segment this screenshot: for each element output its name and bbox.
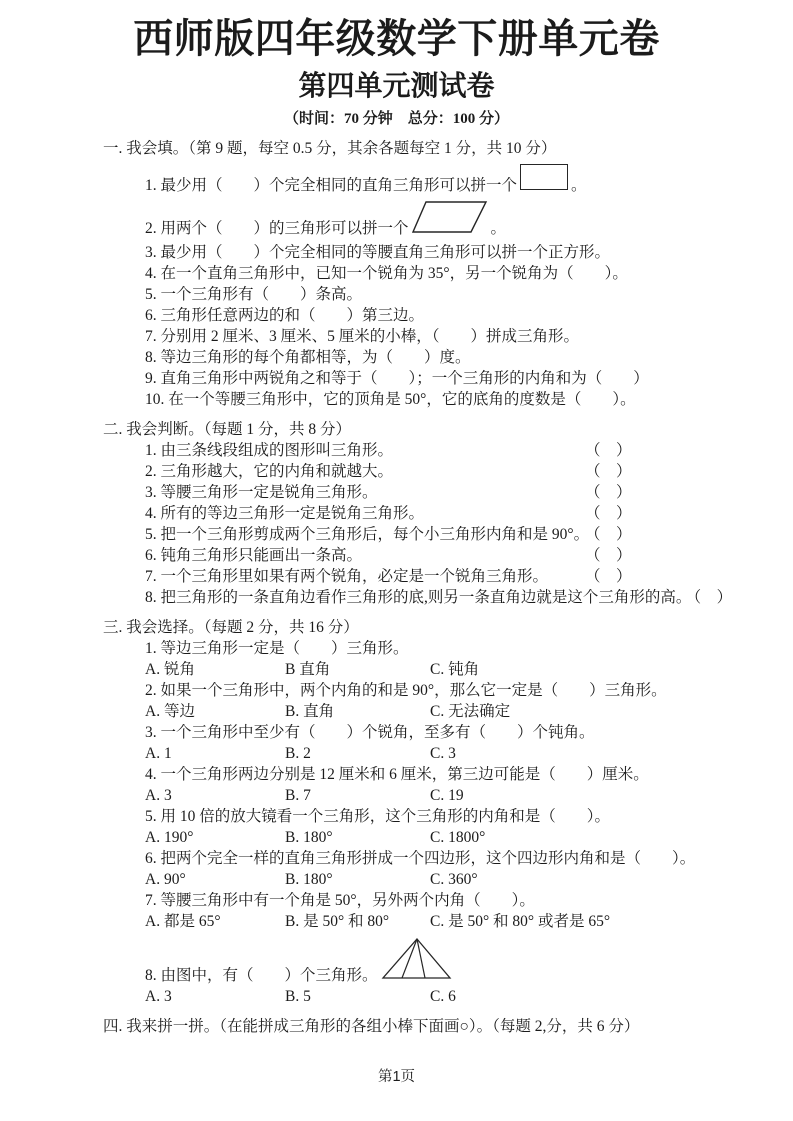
fill-item: 10. 在一个等腰三角形中，它的顶角是 50°，它的底角的度数是（ ）。 bbox=[145, 389, 765, 410]
fill-item-2-period: 。 bbox=[491, 220, 507, 237]
choice-option: A. 都是 65° bbox=[145, 911, 285, 932]
fill-item: 4. 在一个直角三角形中，已知一个锐角为 35°，另一个锐角为（ ）。 bbox=[145, 263, 765, 284]
judge-item-text: 7. 一个三角形里如果有两个锐角，必定是一个锐角三角形。 bbox=[145, 568, 548, 585]
choice-option: B 直角 bbox=[285, 659, 430, 680]
choice-option: A. 190° bbox=[145, 827, 285, 848]
section-multiple-choice: 三. 我会选择。（每题 2 分，共 16 分） 1. 等边三角形一定是（ ）三角… bbox=[103, 617, 765, 1007]
judge-answer-blank: （ ） bbox=[585, 461, 632, 482]
page-title: 西师版四年级数学下册单元卷 bbox=[0, 0, 793, 62]
judge-items-list: 1. 由三条线段组成的图形叫三角形。（ ）2. 三角形越大，它的内角和就越大。（… bbox=[103, 440, 765, 608]
judge-item: 4. 所有的等边三角形一定是锐角三角形。（ ） bbox=[145, 503, 765, 524]
fill-item: 6. 三角形任意两边的和（ ）第三边。 bbox=[145, 305, 765, 326]
section1-heading: 一. 我会填。（第 9 题，每空 0.5 分，其余各题每空 1 分，共 10 分… bbox=[103, 138, 765, 159]
choice-questions-list: 1. 等边三角形一定是（ ）三角形。A. 锐角B 直角C. 钝角2. 如果一个三… bbox=[103, 638, 765, 932]
fill-item: 3. 最少用（ ）个完全相同的等腰直角三角形可以拼一个正方形。 bbox=[145, 242, 765, 263]
choice-question-8-text: 8. 由图中，有（ ）个三角形。 bbox=[145, 967, 378, 984]
judge-answer-blank: （ ） bbox=[585, 545, 632, 566]
choice-option: C. 是 50° 和 80° 或者是 65° bbox=[430, 911, 765, 932]
choice-option: A. 等边 bbox=[145, 701, 285, 722]
choice-option: A. 锐角 bbox=[145, 659, 285, 680]
judge-item: 8. 把三角形的一条直角边看作三角形的底,则另一条直角边就是这个三角形的高。（ … bbox=[145, 587, 765, 608]
choice-options-row: A. 3B. 7C. 19 bbox=[145, 785, 765, 806]
section4-heading: 四. 我来拼一拼。（在能拼成三角形的各组小棒下面画○）。（每题 2,分，共 6 … bbox=[103, 1016, 765, 1037]
choice-option: C. 1800° bbox=[430, 827, 765, 848]
choice-question-text: 5. 用 10 倍的放大镜看一个三角形，这个三角形的内角和是（ ）。 bbox=[145, 806, 765, 827]
fill-item: 5. 一个三角形有（ ）条高。 bbox=[145, 284, 765, 305]
section2-heading: 二. 我会判断。（每题 1 分，共 8 分） bbox=[103, 419, 765, 440]
fill-items-list: 3. 最少用（ ）个完全相同的等腰直角三角形可以拼一个正方形。4. 在一个直角三… bbox=[103, 242, 765, 410]
triangle-figure bbox=[381, 936, 453, 980]
parallelogram-shape bbox=[412, 201, 488, 233]
choice-option: C. 无法确定 bbox=[430, 701, 765, 722]
section-sticks: 四. 我来拼一拼。（在能拼成三角形的各组小棒下面画○）。（每题 2,分，共 6 … bbox=[103, 1016, 765, 1037]
choice-question-text: 1. 等边三角形一定是（ ）三角形。 bbox=[145, 638, 765, 659]
choice-question-text: 7. 等腰三角形中有一个角是 50°，另外两个内角（ ）。 bbox=[145, 890, 765, 911]
judge-item-text: 2. 三角形越大，它的内角和就越大。 bbox=[145, 463, 393, 480]
judge-answer-blank: （ ） bbox=[585, 482, 632, 503]
choice-option: B. 5 bbox=[285, 986, 430, 1007]
choice-option: A. 3 bbox=[145, 986, 285, 1007]
judge-item: 7. 一个三角形里如果有两个锐角，必定是一个锐角三角形。（ ） bbox=[145, 566, 765, 587]
judge-item: 2. 三角形越大，它的内角和就越大。（ ） bbox=[145, 461, 765, 482]
fill-item-1: 1. 最少用（ ）个完全相同的直角三角形可以拼一个。 bbox=[145, 164, 765, 196]
judge-answer-blank: （ ） bbox=[585, 440, 632, 461]
judge-item: 1. 由三条线段组成的图形叫三角形。（ ） bbox=[145, 440, 765, 461]
choice-option: C. 钝角 bbox=[430, 659, 765, 680]
rectangle-shape bbox=[520, 164, 568, 190]
choice-option: C. 360° bbox=[430, 869, 765, 890]
fill-item-1-text: 1. 最少用（ ）个完全相同的直角三角形可以拼一个 bbox=[145, 177, 517, 194]
choice-options-row: A. 都是 65°B. 是 50° 和 80°C. 是 50° 和 80° 或者… bbox=[145, 911, 765, 932]
choice-question-8-options: A. 3 B. 5 C. 6 bbox=[145, 986, 765, 1007]
choice-option: B. 180° bbox=[285, 869, 430, 890]
judge-item-text: 8. 把三角形的一条直角边看作三角形的底,则另一条直角边就是这个三角形的高。 bbox=[145, 589, 691, 606]
judge-answer-blank: （ ） bbox=[585, 524, 632, 545]
choice-option: C. 3 bbox=[430, 743, 765, 764]
fill-item-2-text: 2. 用两个（ ）的三角形可以拼一个 bbox=[145, 220, 409, 237]
judge-item: 6. 钝角三角形只能画出一条高。（ ） bbox=[145, 545, 765, 566]
judge-item-text: 6. 钝角三角形只能画出一条高。 bbox=[145, 547, 362, 564]
fill-item: 8. 等边三角形的每个角都相等，为（ ）度。 bbox=[145, 347, 765, 368]
choice-option: B. 7 bbox=[285, 785, 430, 806]
choice-question-text: 2. 如果一个三角形中，两个内角的和是 90°，那么它一定是（ ）三角形。 bbox=[145, 680, 765, 701]
judge-item-text: 4. 所有的等边三角形一定是锐角三角形。 bbox=[145, 505, 424, 522]
choice-options-row: A. 锐角B 直角C. 钝角 bbox=[145, 659, 765, 680]
choice-option: C. 6 bbox=[430, 986, 765, 1007]
fill-item: 9. 直角三角形中两锐角之和等于（ ）；一个三角形的内角和为（ ） bbox=[145, 368, 765, 389]
page-subtitle: 第四单元测试卷 bbox=[0, 71, 793, 103]
choice-option: B. 180° bbox=[285, 827, 430, 848]
choice-option: B. 2 bbox=[285, 743, 430, 764]
section-true-false: 二. 我会判断。（每题 1 分，共 8 分） 1. 由三条线段组成的图形叫三角形… bbox=[103, 419, 765, 608]
judge-item-text: 3. 等腰三角形一定是锐角三角形。 bbox=[145, 484, 378, 501]
choice-question-8: 8. 由图中，有（ ）个三角形。 bbox=[145, 936, 765, 986]
section3-heading: 三. 我会选择。（每题 2 分，共 16 分） bbox=[103, 617, 765, 638]
judge-item-text: 1. 由三条线段组成的图形叫三角形。 bbox=[145, 442, 393, 459]
choice-option: B. 是 50° 和 80° bbox=[285, 911, 430, 932]
judge-answer-blank: （ ） bbox=[585, 503, 632, 524]
choice-question-text: 4. 一个三角形两边分别是 12 厘米和 6 厘米，第三边可能是（ ）厘米。 bbox=[145, 764, 765, 785]
choice-options-row: A. 190°B. 180°C. 1800° bbox=[145, 827, 765, 848]
judge-item-text: 5. 把一个三角形剪成两个三角形后，每个小三角形内角和是 90°。 bbox=[145, 526, 589, 543]
fill-item-2: 2. 用两个（ ）的三角形可以拼一个。 bbox=[145, 201, 765, 239]
choice-options-row: A. 90°B. 180°C. 360° bbox=[145, 869, 765, 890]
judge-item: 5. 把一个三角形剪成两个三角形后，每个小三角形内角和是 90°。（ ） bbox=[145, 524, 765, 545]
choice-options-row: A. 等边B. 直角C. 无法确定 bbox=[145, 701, 765, 722]
choice-option: B. 直角 bbox=[285, 701, 430, 722]
judge-item: 3. 等腰三角形一定是锐角三角形。（ ） bbox=[145, 482, 765, 503]
fill-item: 7. 分别用 2 厘米、3 厘米、5 厘米的小棒，（ ）拼成三角形。 bbox=[145, 326, 765, 347]
section-fill-blanks: 一. 我会填。（第 9 题，每空 0.5 分，其余各题每空 1 分，共 10 分… bbox=[103, 138, 765, 410]
choice-options-row: A. 1B. 2C. 3 bbox=[145, 743, 765, 764]
exam-time-score-info: （时间：70 分钟 总分：100 分） bbox=[0, 110, 793, 129]
choice-option: A. 1 bbox=[145, 743, 285, 764]
test-paper-page: 西师版四年级数学下册单元卷 第四单元测试卷 （时间：70 分钟 总分：100 分… bbox=[0, 0, 793, 1121]
choice-option: A. 3 bbox=[145, 785, 285, 806]
page-number: 第1页 bbox=[0, 1067, 793, 1088]
judge-answer-blank: （ ） bbox=[585, 566, 632, 587]
choice-option: C. 19 bbox=[430, 785, 765, 806]
fill-item-1-period: 。 bbox=[571, 177, 587, 194]
choice-question-text: 3. 一个三角形中至少有（ ）个锐角，至多有（ ）个钝角。 bbox=[145, 722, 765, 743]
choice-question-text: 6. 把两个完全一样的直角三角形拼成一个四边形，这个四边形内角和是（ ）。 bbox=[145, 848, 765, 869]
choice-option: A. 90° bbox=[145, 869, 285, 890]
judge-answer-blank: （ ） bbox=[693, 589, 732, 606]
